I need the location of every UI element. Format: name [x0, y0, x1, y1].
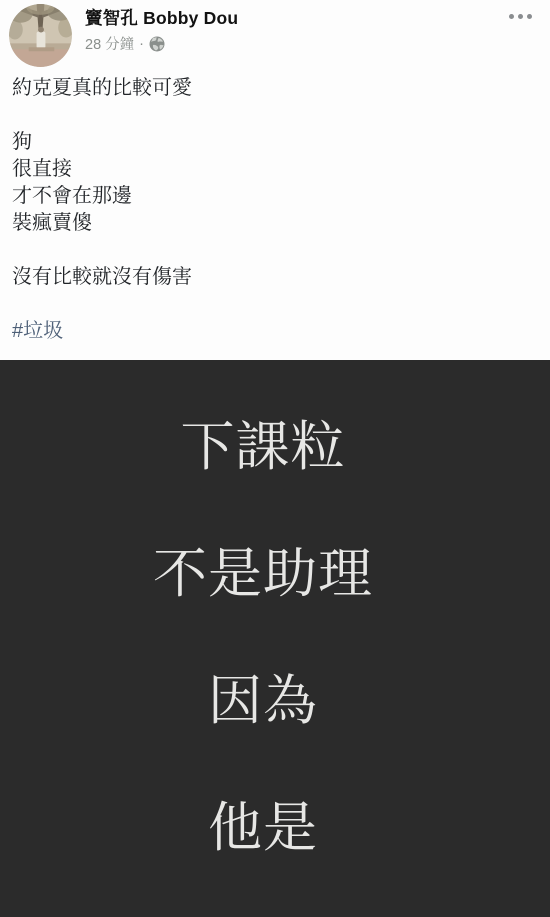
post-text-paragraph: 沒有比較就沒有傷害 — [12, 264, 538, 291]
post-text-line: 沒有比較就沒有傷害 — [12, 264, 538, 291]
post-photo[interactable]: 下課粒 不是助理 因為 他是 — [0, 360, 550, 917]
globe-icon — [149, 36, 165, 52]
photo-text-line: 不是助理 — [153, 511, 373, 638]
post-text-line: 狗 — [12, 129, 538, 156]
post-text-line: 才不會在那邊 — [12, 183, 538, 210]
post-text-paragraph: #垃圾 — [12, 318, 538, 345]
more-options-button[interactable] — [505, 6, 536, 27]
post-text-paragraph: 狗 很直接 才不會在那邊 裝瘋賣傻 — [12, 129, 538, 237]
post-meta: 28 分鐘 · — [85, 33, 238, 54]
photo-text-line: 下課粒 — [181, 384, 346, 511]
avatar-image-icon — [9, 4, 72, 67]
photo-text-line: 他是 — [208, 765, 318, 892]
post-text-line: 裝瘋賣傻 — [12, 210, 538, 237]
timestamp[interactable]: 28 分鐘 — [85, 33, 134, 54]
post-text-line: 約克夏真的比較可愛 — [12, 75, 538, 102]
photo-text-line: 因為 — [208, 638, 318, 765]
avatar[interactable] — [9, 4, 72, 67]
post-body: 約克夏真的比較可愛 狗 很直接 才不會在那邊 裝瘋賣傻 沒有比較就沒有傷害 #垃… — [0, 70, 550, 345]
author-name[interactable]: 竇智孔 Bobby Dou — [85, 7, 238, 29]
meta-separator: · — [139, 36, 144, 52]
post-header: 竇智孔 Bobby Dou 28 分鐘 · — [0, 0, 550, 70]
post-text-paragraph: 約克夏真的比較可愛 — [12, 75, 538, 102]
header-info: 竇智孔 Bobby Dou 28 分鐘 · — [85, 4, 238, 54]
hashtag-link[interactable]: #垃圾 — [12, 320, 63, 342]
post-card: 竇智孔 Bobby Dou 28 分鐘 · — [0, 0, 550, 917]
more-options-icon — [509, 14, 532, 19]
post-text-line: 很直接 — [12, 156, 538, 183]
